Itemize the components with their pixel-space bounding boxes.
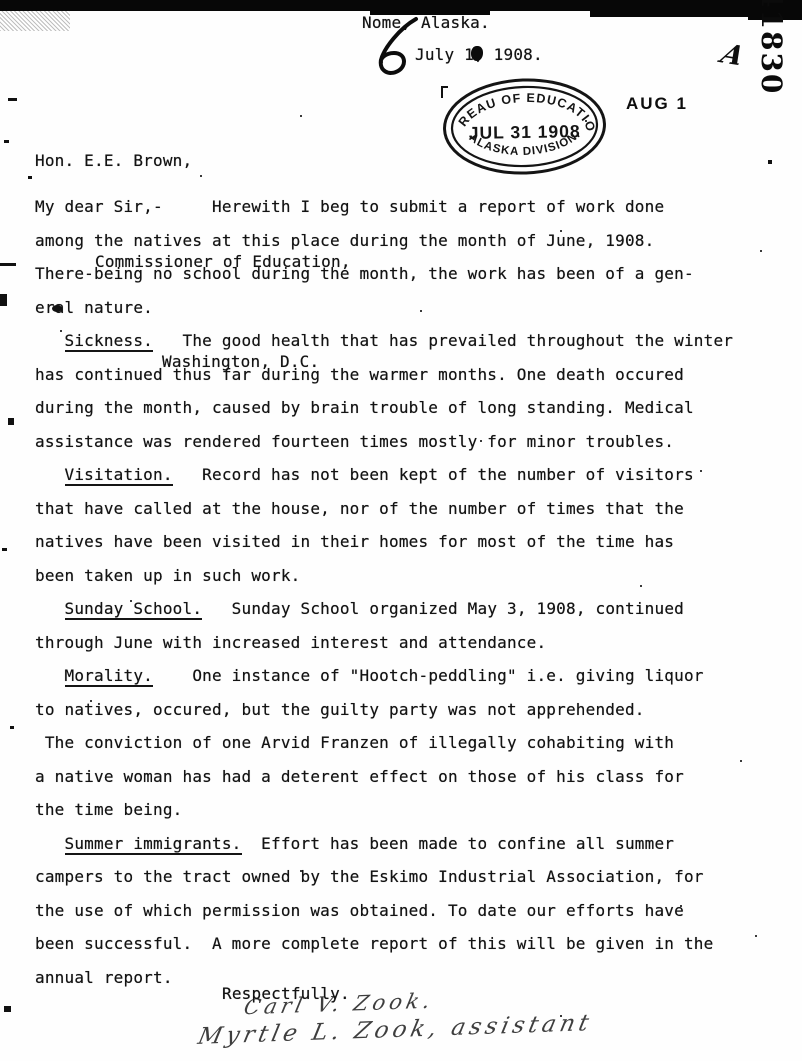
recipient-name: Hon. E.E. Brown, bbox=[35, 144, 351, 178]
document-line: the time being. bbox=[35, 793, 790, 827]
handwritten-mark: A bbox=[716, 39, 748, 72]
document-line: to natives, occured, but the guilty part… bbox=[35, 693, 790, 727]
line-text: during the month, caused by brain troubl… bbox=[35, 398, 694, 417]
stamp-center-date: JUL 31 1908 bbox=[469, 121, 581, 143]
line-text: the time being. bbox=[35, 800, 183, 819]
document-line: a native woman has had a deterent effect… bbox=[35, 760, 790, 794]
document-line: Summer immigrants. Effort has been made … bbox=[35, 827, 790, 861]
document-line: My dear Sir,- Herewith I beg to submit a… bbox=[35, 190, 790, 224]
document-line: through June with increased interest and… bbox=[35, 626, 790, 660]
document-line: assistance was rendered fourteen times m… bbox=[35, 425, 790, 459]
line-text: has continued thus far during the warmer… bbox=[35, 365, 684, 384]
document-line: Sunday School. Sunday School organized M… bbox=[35, 592, 790, 626]
line-text bbox=[35, 599, 65, 618]
document-line: among the natives at this place during t… bbox=[35, 224, 790, 258]
section-heading: Sickness. bbox=[65, 331, 154, 352]
document-line: campers to the tract owned by the Eskimo… bbox=[35, 860, 790, 894]
line-text: been successful. A more complete report … bbox=[35, 934, 713, 953]
line-text bbox=[35, 834, 65, 853]
line-text: campers to the tract owned by the Eskimo… bbox=[35, 867, 704, 886]
document-line: been taken up in such work. bbox=[35, 559, 790, 593]
line-text: assistance was rendered fourteen times m… bbox=[35, 432, 674, 451]
document-line: has continued thus far during the warmer… bbox=[35, 358, 790, 392]
line-text: through June with increased interest and… bbox=[35, 633, 546, 652]
line-text: Effort has been made to confine all summ… bbox=[242, 834, 675, 853]
document-line: Visitation. Record has not been kept of … bbox=[35, 458, 790, 492]
document-line: The conviction of one Arvid Franzen of i… bbox=[35, 726, 790, 760]
document-line: Morality. One instance of "Hootch-peddli… bbox=[35, 659, 790, 693]
line-text: My dear Sir,- Herewith I beg to submit a… bbox=[35, 197, 664, 216]
line-text bbox=[35, 666, 65, 685]
line-text bbox=[35, 465, 65, 484]
scan-noise-patch bbox=[0, 11, 70, 31]
line-text: The conviction of one Arvid Franzen of i… bbox=[35, 733, 674, 752]
section-heading: Sunday School. bbox=[65, 599, 203, 620]
document-page: 41830 Nome, Alaska. July 1, 1908. A BURE… bbox=[0, 0, 802, 1061]
line-text: There-being no school during the month, … bbox=[35, 264, 694, 283]
line-text: among the natives at this place during t… bbox=[35, 231, 654, 250]
line-text: The good health that has prevailed throu… bbox=[153, 331, 733, 350]
document-line: the use of which permission was obtained… bbox=[35, 894, 790, 928]
scan-band-segment bbox=[590, 11, 750, 17]
section-heading: Summer immigrants. bbox=[65, 834, 242, 855]
line-text: the use of which permission was obtained… bbox=[35, 901, 684, 920]
handwritten-digit-6 bbox=[372, 16, 422, 78]
line-text: Record has not been kept of the number o… bbox=[173, 465, 694, 484]
line-text bbox=[35, 331, 65, 350]
document-line: been successful. A more complete report … bbox=[35, 927, 790, 961]
line-text: a native woman has had a deterent effect… bbox=[35, 767, 684, 786]
document-body: My dear Sir,- Herewith I beg to submit a… bbox=[35, 190, 790, 994]
file-number: 41830 bbox=[755, 0, 788, 95]
line-text: that have called at the house, nor of th… bbox=[35, 499, 684, 518]
document-line: There-being no school during the month, … bbox=[35, 257, 790, 291]
document-line: Sickness. The good health that has preva… bbox=[35, 324, 790, 358]
document-line: natives have been visited in their homes… bbox=[35, 525, 790, 559]
document-line: that have called at the house, nor of th… bbox=[35, 492, 790, 526]
section-heading: Visitation. bbox=[65, 465, 173, 486]
line-text: natives have been visited in their homes… bbox=[35, 532, 674, 551]
document-line: eral nature. bbox=[35, 291, 790, 325]
document-line: during the month, caused by brain troubl… bbox=[35, 391, 790, 425]
line-text: to natives, occured, but the guilty part… bbox=[35, 700, 645, 719]
line-text: Sunday School organized May 3, 1908, con… bbox=[202, 599, 684, 618]
line-text: One instance of "Hootch-peddling" i.e. g… bbox=[153, 666, 704, 685]
line-text: annual report. bbox=[35, 968, 173, 987]
bureau-of-education-stamp: BUREAU OF EDUCATION ALASKA DIVISION. JUL… bbox=[439, 74, 609, 179]
line-text: been taken up in such work. bbox=[35, 566, 301, 585]
scan-band-segment bbox=[0, 0, 802, 11]
received-date-stamp: AUG 1 bbox=[626, 94, 688, 114]
section-heading: Morality. bbox=[65, 666, 154, 687]
